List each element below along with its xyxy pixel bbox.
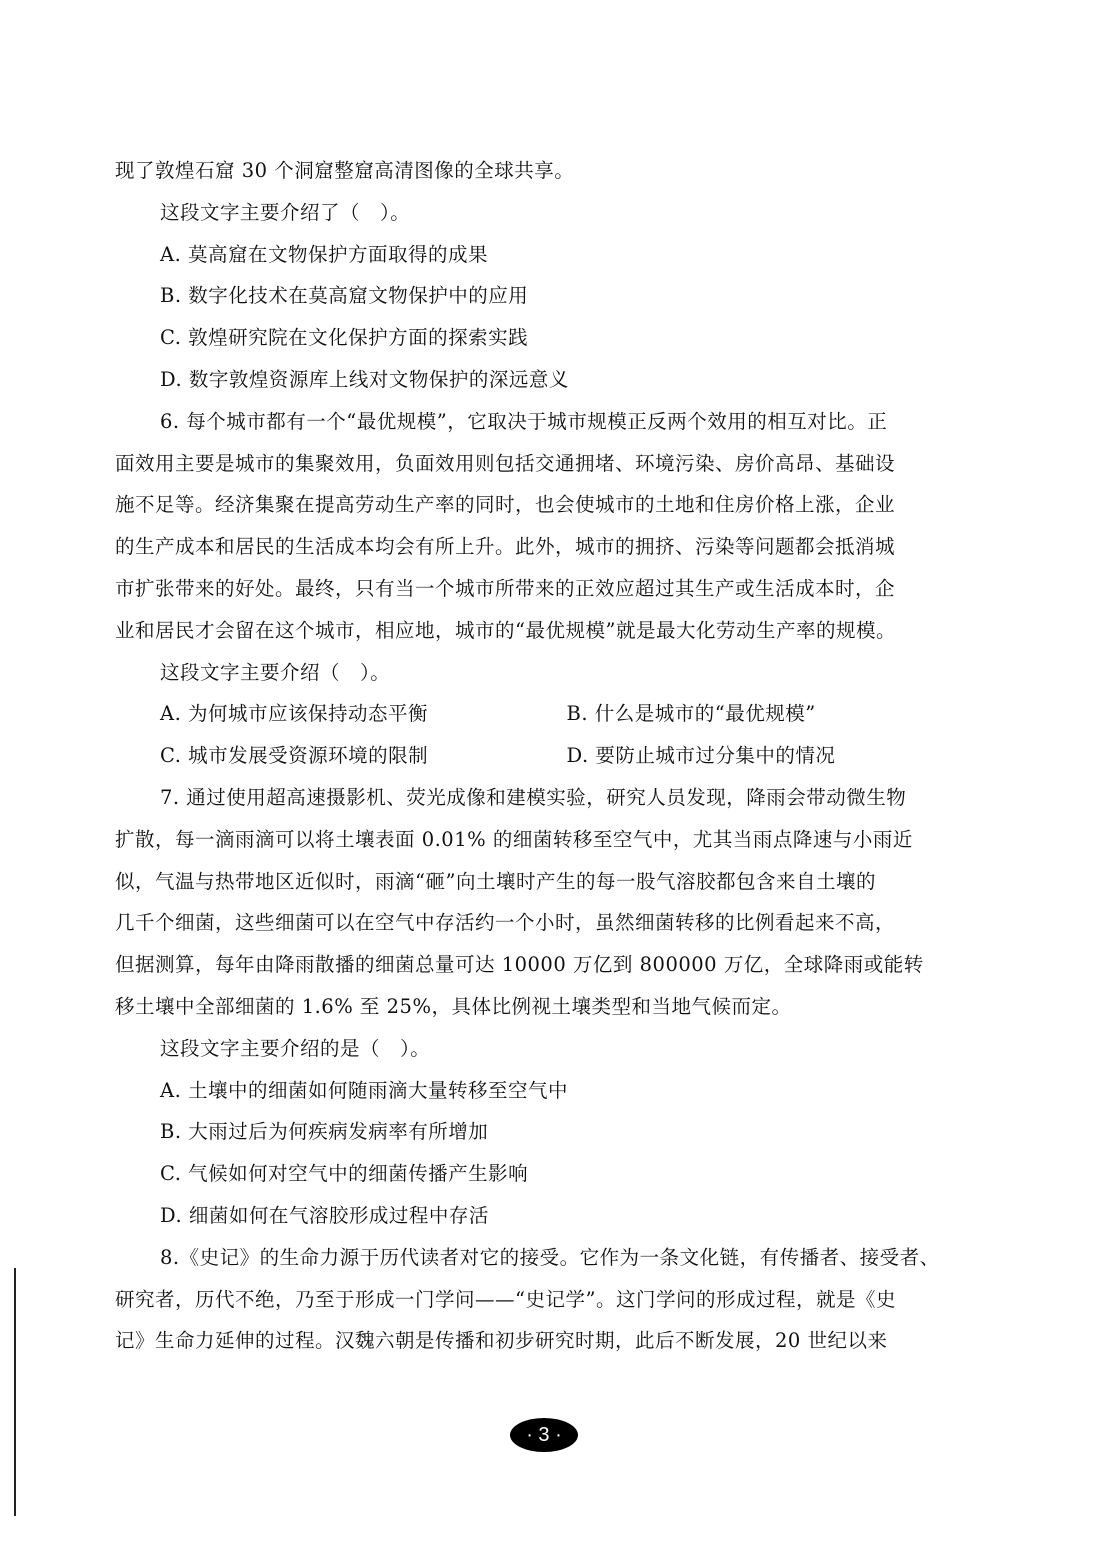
exam-page: 现了敦煌石窟 30 个洞窟整窟高清图像的全球共享。 这段文字主要介绍了（ ）。 … [0, 0, 1113, 1545]
q7-option-c: C. 气候如何对空气中的细菌传播产生影响 [115, 1153, 973, 1195]
q7-option-a: A. 土壤中的细菌如何随雨滴大量转移至空气中 [115, 1070, 973, 1112]
q5-option-a: A. 莫高窟在文物保护方面取得的成果 [115, 234, 973, 276]
q6-line-4: 的生产成本和居民的生活成本均会有所上升。此外，城市的拥挤、污染等问题都会抵消城 [115, 526, 973, 568]
page-content: 现了敦煌石窟 30 个洞窟整窟高清图像的全球共享。 这段文字主要介绍了（ ）。 … [115, 150, 973, 1362]
q7-line-2: 扩散，每一滴雨滴可以将土壤表面 0.01% 的细菌转移至空气中，尤其当雨点降速与… [115, 819, 973, 861]
q7-option-b: B. 大雨过后为何疾病发病率有所增加 [115, 1111, 973, 1153]
q6-line-2: 面效用主要是城市的集聚效用，负面效用则包括交通拥堵、环境污染、房价高昂、基础设 [115, 443, 973, 485]
q6-option-b: B. 什么是城市的“最优规模” [567, 693, 974, 735]
q5-option-b: B. 数字化技术在莫高窟文物保护中的应用 [115, 275, 973, 317]
q5-option-c: C. 敦煌研究院在文化保护方面的探索实践 [115, 317, 973, 359]
q6-options-row-1: A. 为何城市应该保持动态平衡 B. 什么是城市的“最优规模” [115, 693, 973, 735]
page-number-badge: · 3 · [510, 1418, 578, 1452]
q7-line-4: 几千个细菌，这些细菌可以在空气中存活约一个小时，虽然细菌转移的比例看起来不高， [115, 902, 973, 944]
q6-line-5: 市扩张带来的好处。最终，只有当一个城市所带来的正效应超过其生产或生活成本时，企 [115, 568, 973, 610]
q6-passage: 6. 每个城市都有一个“最优规模”，它取决于城市规模正反两个效用的相互对比。正 … [115, 401, 973, 652]
q7-line-6: 移土壤中全部细菌的 1.6% 至 25%，具体比例视土壤类型和当地气候而定。 [115, 986, 973, 1028]
q6-options-row-2: C. 城市发展受资源环境的限制 D. 要防止城市过分集中的情况 [115, 735, 973, 777]
q5-option-d: D. 数字敦煌资源库上线对文物保护的深远意义 [115, 359, 973, 401]
q5-passage-tail: 现了敦煌石窟 30 个洞窟整窟高清图像的全球共享。 [115, 150, 973, 192]
q7-line-3: 似，气温与热带地区近似时，雨滴“砸”向土壤时产生的每一股气溶胶都包含来自土壤的 [115, 861, 973, 903]
q8-line-1: 8.《史记》的生命力源于历代读者对它的接受。它作为一条文化链，有传播者、接受者、 [115, 1237, 973, 1279]
q7-passage: 7. 通过使用超高速摄影机、荧光成像和建模实验，研究人员发现，降雨会带动微生物 … [115, 777, 973, 1028]
q6-line-1: 6. 每个城市都有一个“最优规模”，它取决于城市规模正反两个效用的相互对比。正 [115, 401, 973, 443]
q7-line-5: 但据测算，每年由降雨散播的细菌总量可达 10000 万亿到 800000 万亿，… [115, 944, 973, 986]
q7-option-d: D. 细菌如何在气溶胶形成过程中存活 [115, 1195, 973, 1237]
q6-option-a: A. 为何城市应该保持动态平衡 [160, 693, 567, 735]
q6-line-3: 施不足等。经济集聚在提高劳动生产率的同时，也会使城市的土地和住房价格上涨，企业 [115, 484, 973, 526]
q5-prompt: 这段文字主要介绍了（ ）。 [115, 192, 973, 234]
q6-option-d: D. 要防止城市过分集中的情况 [567, 735, 974, 777]
q6-prompt: 这段文字主要介绍（ ）。 [115, 652, 973, 694]
q7-line-1: 7. 通过使用超高速摄影机、荧光成像和建模实验，研究人员发现，降雨会带动微生物 [115, 777, 973, 819]
q8-line-2: 研究者，历代不绝，乃至于形成一门学问——“史记学”。这门学问的形成过程，就是《史 [115, 1279, 973, 1321]
q7-prompt: 这段文字主要介绍的是（ ）。 [115, 1028, 973, 1070]
scan-edge-line [14, 1268, 16, 1516]
q6-line-6: 业和居民才会留在这个城市，相应地，城市的“最优规模”就是最大化劳动生产率的规模。 [115, 610, 973, 652]
q8-passage: 8.《史记》的生命力源于历代读者对它的接受。它作为一条文化链，有传播者、接受者、… [115, 1237, 973, 1362]
q8-line-3: 记》生命力延伸的过程。汉魏六朝是传播和初步研究时期，此后不断发展，20 世纪以来 [115, 1320, 973, 1362]
q6-option-c: C. 城市发展受资源环境的限制 [160, 735, 567, 777]
